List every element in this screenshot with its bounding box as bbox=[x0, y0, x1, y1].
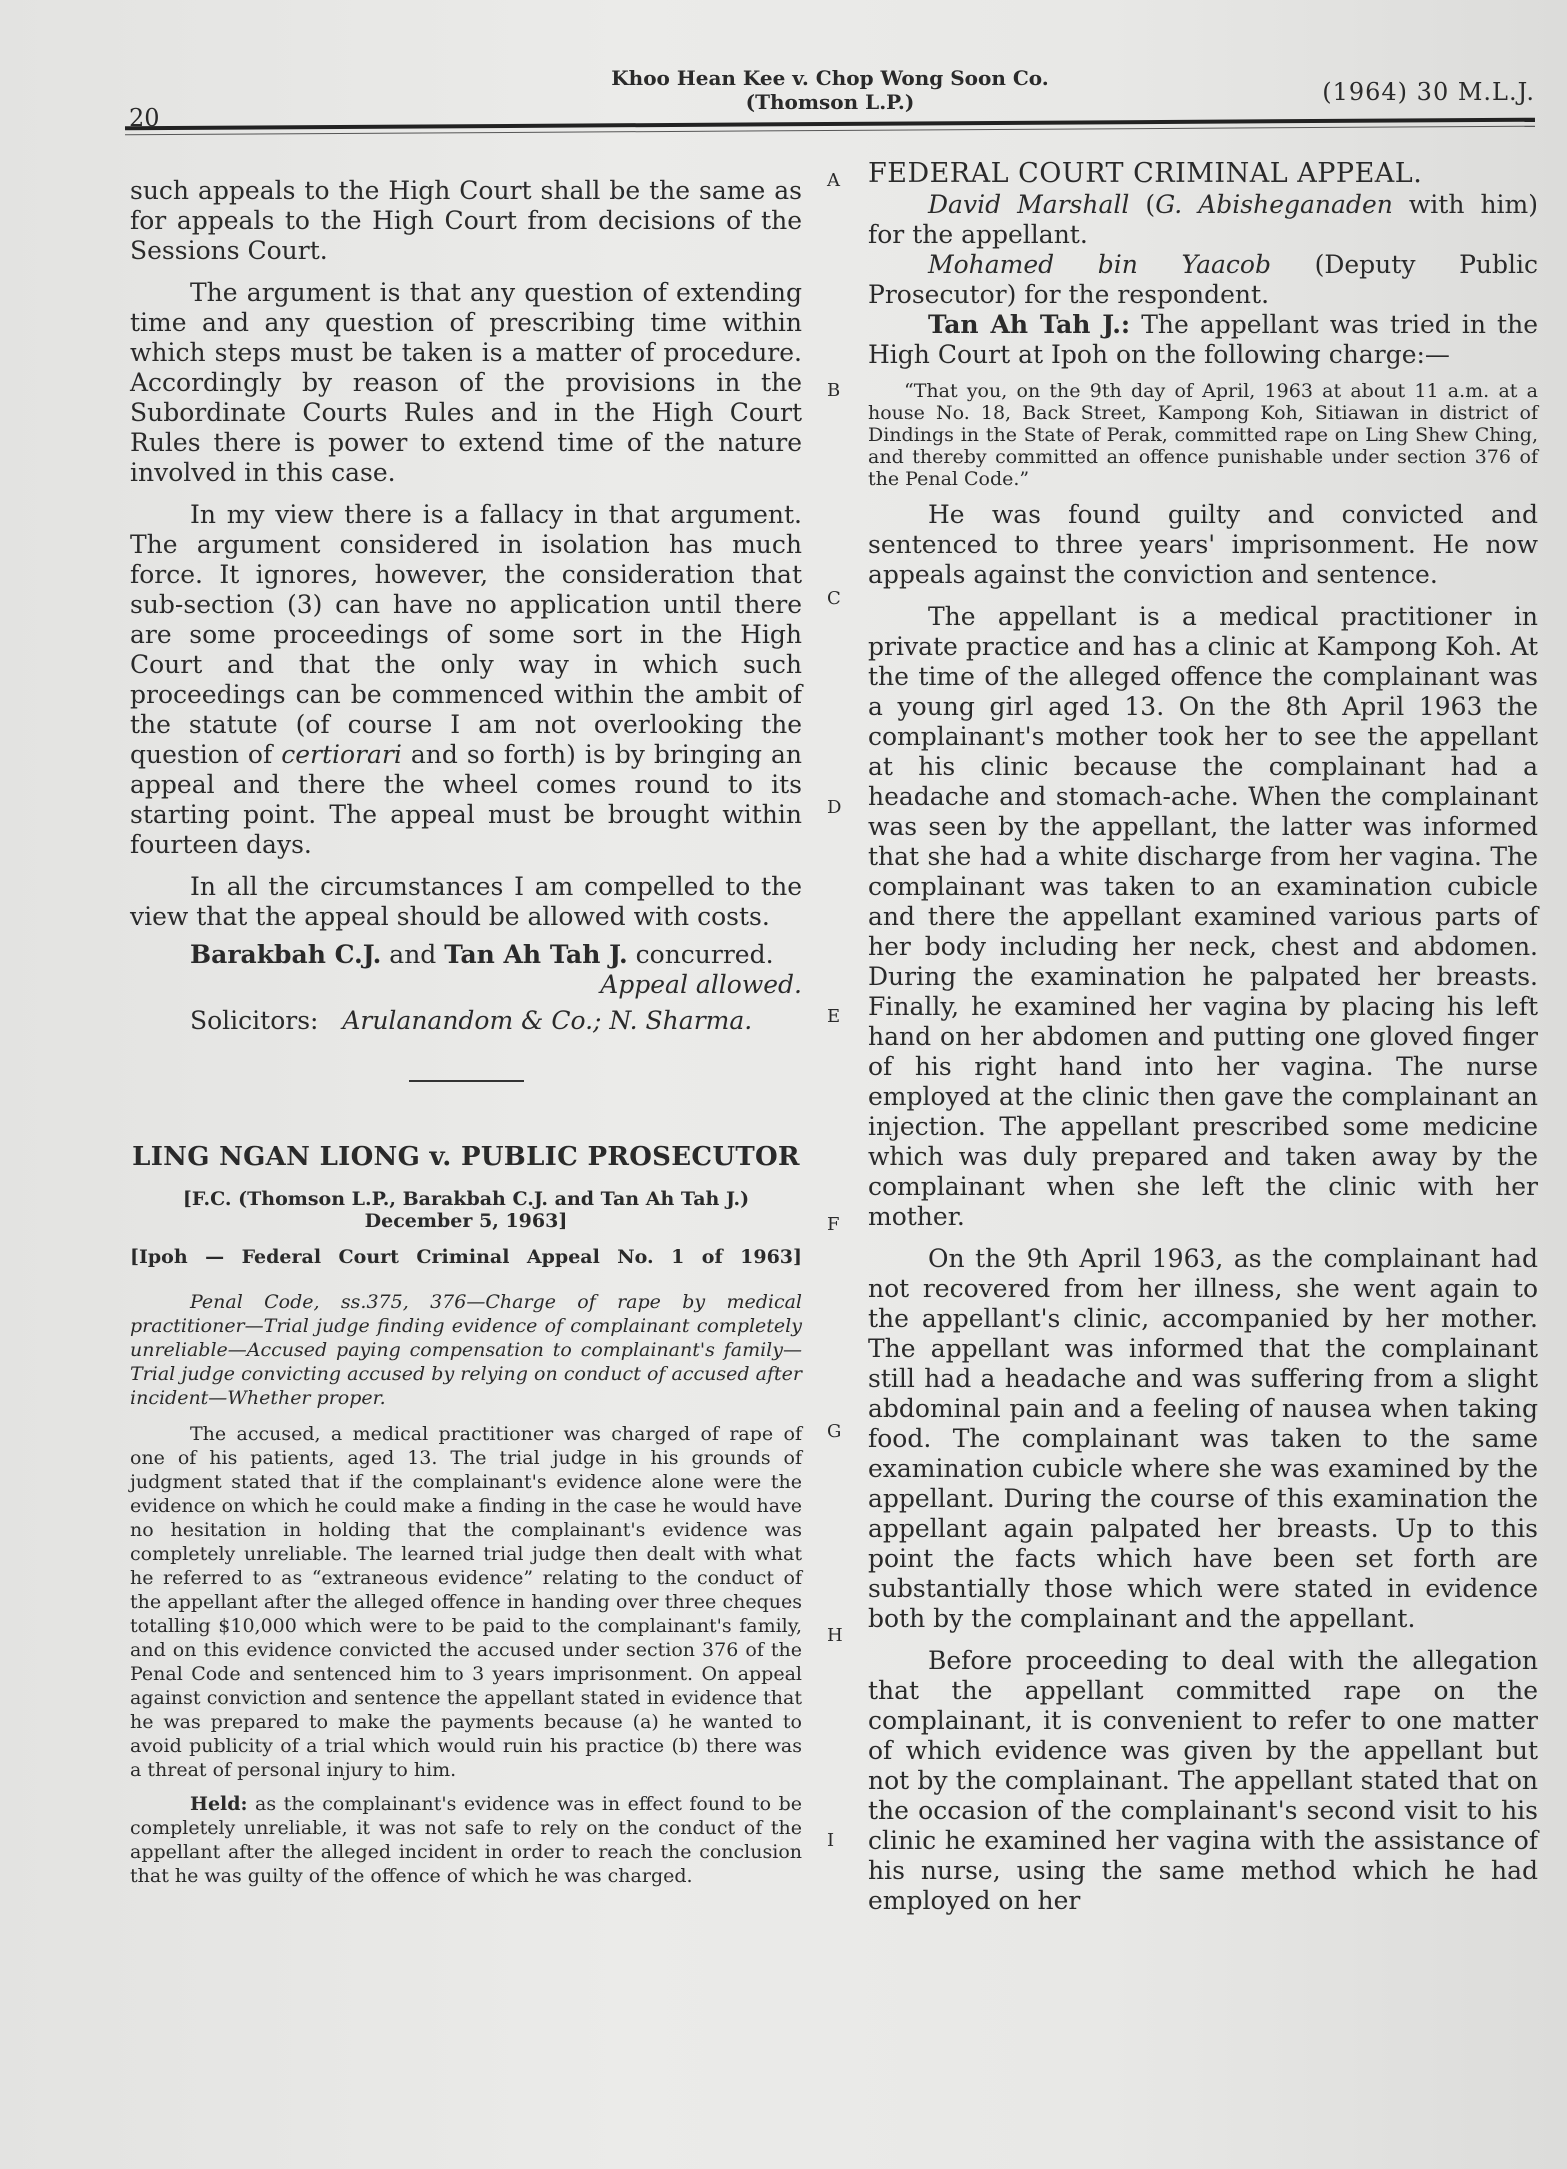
section-heading: FEDERAL COURT CRIMINAL APPEAL. bbox=[868, 158, 1538, 190]
solicitors-names: Arulanandom & Co.; N. Sharma. bbox=[342, 1006, 752, 1035]
held: Held: as the complainant's evidence was … bbox=[130, 1792, 802, 1888]
margin-letter: H bbox=[827, 1625, 843, 1646]
paragraph: The appellant is a medical practitioner … bbox=[868, 602, 1538, 1232]
coram: [F.C. (Thomson L.P., Barakbah C.J. and T… bbox=[130, 1188, 802, 1232]
paragraph: On the 9th April 1963, as the complainan… bbox=[868, 1244, 1538, 1634]
margin-letter: A bbox=[827, 170, 840, 191]
judge-label: Tan Ah Tah J.: bbox=[928, 310, 1130, 339]
counsel-name: G. Abisheganaden bbox=[1155, 190, 1393, 219]
text: concurred. bbox=[628, 940, 774, 969]
paragraph: The argument is that any question of ext… bbox=[130, 278, 802, 488]
margin-letter: G bbox=[827, 1421, 841, 1442]
counsel-name: Mohamed bin Yaacob bbox=[928, 250, 1271, 279]
left-column: such appeals to the High Court shall be … bbox=[130, 176, 802, 1888]
counsel-appellant: David Marshall (G. Abisheganaden with hi… bbox=[868, 190, 1538, 250]
text: and bbox=[381, 940, 444, 969]
margin-letter: C bbox=[827, 588, 841, 609]
case-result: Appeal allowed. bbox=[130, 970, 802, 1000]
held-label: Held: bbox=[190, 1793, 248, 1815]
solicitors-label: Solicitors: bbox=[190, 1006, 318, 1035]
charge-quote: “That you, on the 9th day of April, 1963… bbox=[868, 380, 1538, 490]
catchwords: Penal Code, ss.375, 376—Charge of rape b… bbox=[130, 1290, 802, 1410]
report-citation: (1964) 30 M.L.J. bbox=[1322, 78, 1535, 106]
paragraph: such appeals to the High Court shall be … bbox=[130, 176, 802, 266]
paragraph: He was found guilty and convicted and se… bbox=[868, 500, 1538, 590]
concurrence: Barakbah C.J. and Tan Ah Tah J. concurre… bbox=[130, 940, 802, 970]
judge-name: Tan Ah Tah J. bbox=[444, 940, 627, 969]
counsel-name: David Marshall bbox=[928, 190, 1129, 219]
right-column: FEDERAL COURT CRIMINAL APPEAL. David Mar… bbox=[868, 158, 1538, 1916]
coram-date: December 5, 1963] bbox=[130, 1210, 802, 1232]
paragraph: Before proceeding to deal with the alleg… bbox=[868, 1646, 1538, 1916]
text: ( bbox=[1129, 190, 1155, 219]
document-page: 20 Khoo Hean Kee v. Chop Wong Soon Co. (… bbox=[0, 0, 1567, 2169]
judgment-intro: Tan Ah Tah J.: The appellant was tried i… bbox=[868, 310, 1538, 370]
latin-term: certiorari bbox=[281, 740, 402, 769]
margin-letter: D bbox=[827, 797, 841, 818]
coram-judges: [F.C. (Thomson L.P., Barakbah C.J. and T… bbox=[130, 1188, 802, 1210]
margin-letter: F bbox=[827, 1214, 840, 1235]
margin-letter: I bbox=[827, 1830, 834, 1851]
court-reference: [Ipoh — Federal Court Criminal Appeal No… bbox=[130, 1246, 802, 1268]
headnote: The accused, a medical practitioner was … bbox=[130, 1422, 802, 1782]
solicitors: Solicitors: Arulanandom & Co.; N. Sharma… bbox=[130, 1006, 802, 1036]
case-divider bbox=[409, 1080, 524, 1082]
paragraph: In all the circumstances I am compelled … bbox=[130, 872, 802, 932]
judge-name: Barakbah C.J. bbox=[190, 940, 381, 969]
margin-letter: E bbox=[827, 1006, 840, 1027]
margin-letter: B bbox=[827, 380, 840, 401]
paragraph: In my view there is a fallacy in that ar… bbox=[130, 500, 802, 860]
case-title: LING NGAN LIONG v. PUBLIC PROSECUTOR bbox=[130, 1142, 802, 1172]
counsel-respondent: Mohamed bin Yaacob (Deputy Public Prosec… bbox=[868, 250, 1538, 310]
text: In my view there is a fallacy in that ar… bbox=[130, 500, 802, 769]
